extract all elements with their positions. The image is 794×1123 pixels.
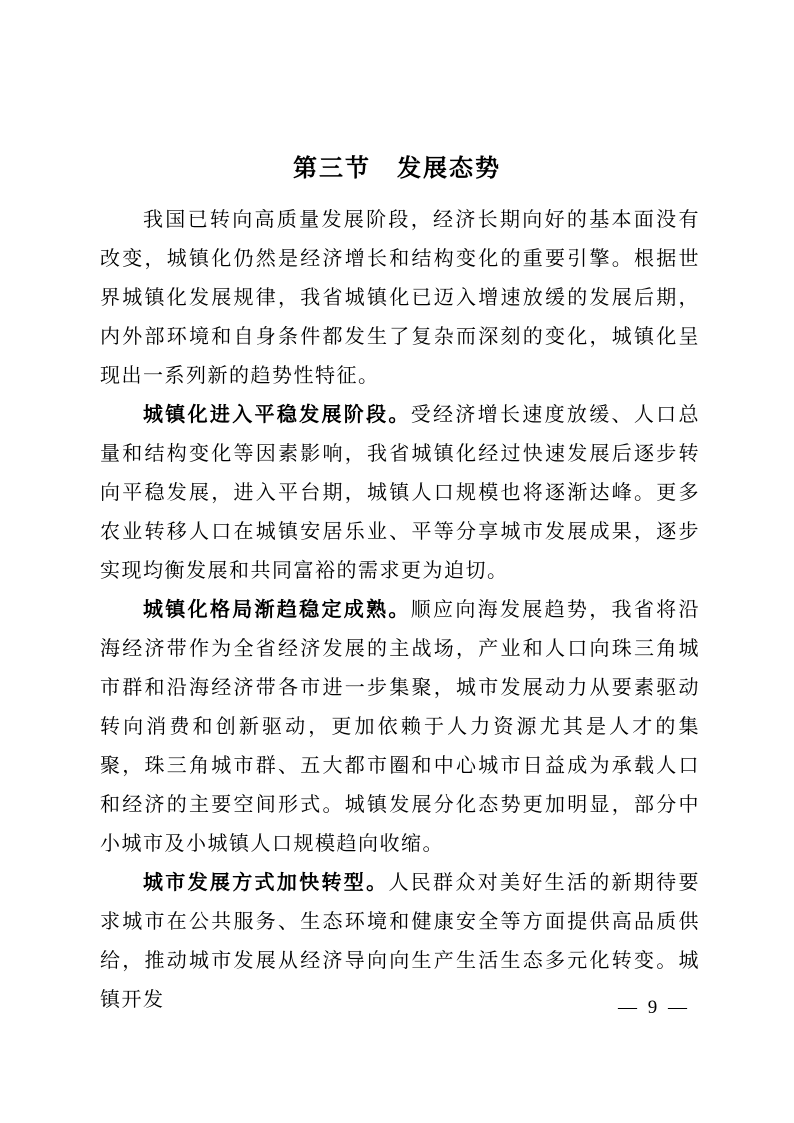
paragraph: 城镇化格局渐趋稳定成熟。顺应向海发展趋势，我省将沿海经济带作为全省经济发展的主战…: [100, 591, 700, 864]
paragraph: 城市发展方式加快转型。人民群众对美好生活的新期待要求城市在公共服务、生态环境和健…: [100, 864, 700, 1020]
paragraph: 我国已转向高质量发展阶段，经济长期向好的基本面没有改变，城镇化仍然是经济增长和结…: [100, 201, 700, 396]
paragraph-text: 顺应向海发展趋势，我省将沿海经济带作为全省经济发展的主战场，产业和人口向珠三角城…: [100, 599, 700, 855]
paragraph-text: 受经济增长速度放缓、人口总量和结构变化等因素影响，我省城镇化经过快速发展后逐步转…: [100, 404, 700, 582]
section-title: 第三节 发展态势: [0, 148, 794, 183]
paragraph-lead: 城市发展方式加快转型。: [143, 872, 388, 894]
paragraph-lead: 城镇化格局渐趋稳定成熟。: [143, 599, 411, 621]
page-number: — 9 —: [618, 997, 690, 1019]
paragraph-lead: 城镇化进入平稳发展阶段。: [143, 404, 411, 426]
paragraph-text: 我国已转向高质量发展阶段，经济长期向好的基本面没有改变，城镇化仍然是经济增长和结…: [100, 209, 700, 387]
document-body: 我国已转向高质量发展阶段，经济长期向好的基本面没有改变，城镇化仍然是经济增长和结…: [100, 201, 700, 1020]
document-page: 第三节 发展态势 我国已转向高质量发展阶段，经济长期向好的基本面没有改变，城镇化…: [0, 0, 794, 1123]
paragraph: 城镇化进入平稳发展阶段。受经济增长速度放缓、人口总量和结构变化等因素影响，我省城…: [100, 396, 700, 591]
